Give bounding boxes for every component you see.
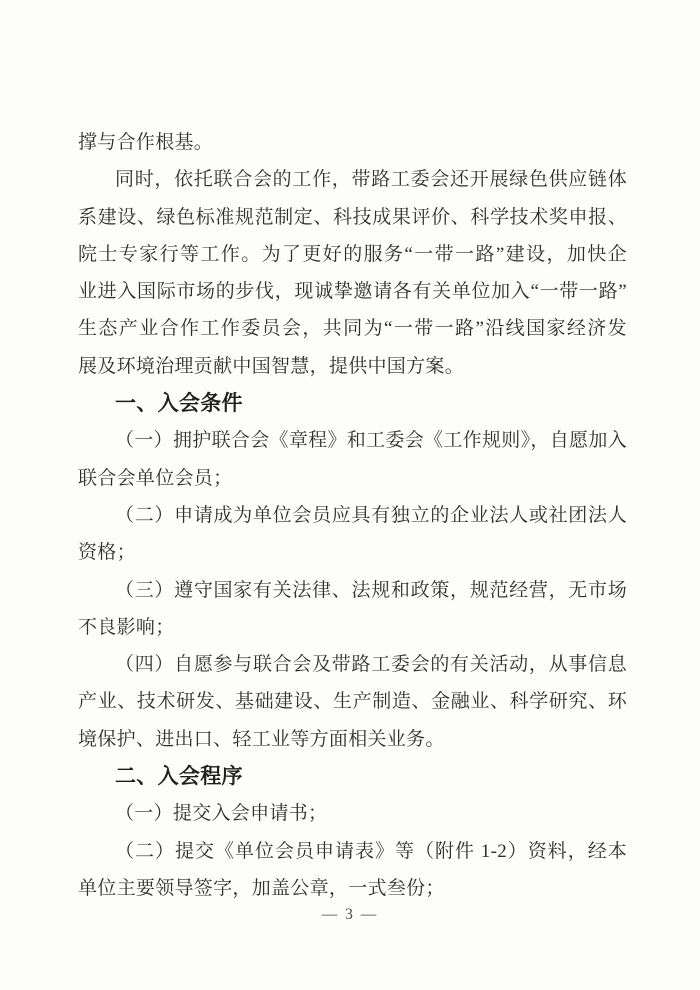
text-line: 产业、技术研发、基础建设、生产制造、金融业、科学研究、环 [78,683,627,720]
text-line: 同时，依托联合会的工作，带路工委会还开展绿色供应链体 [78,161,627,198]
text-line: 生态产业合作工作委员会，共同为“一带一路”沿线国家经济发 [78,310,627,347]
page-number: — 3 — [0,902,700,928]
text-line: 资格； [78,534,627,571]
document-page: 撑与合作根基。同时，依托联合会的工作，带路工委会还开展绿色供应链体系建设、绿色标… [0,0,700,990]
text-line: 展及环境治理贡献中国智慧，提供中国方案。 [78,348,627,385]
text-line: 院士专家行等工作。为了更好的服务“一带一路”建设，加快企 [78,236,627,273]
text-line: 不良影响； [78,609,627,646]
text-line: 系建设、绿色标准规范制定、科技成果评价、科学技术奖申报、 [78,199,627,236]
text-line: （四）自愿参与联合会及带路工委会的有关活动，从事信息 [78,646,627,683]
text-line: 撑与合作根基。 [78,124,627,161]
text-line: （二）申请成为单位会员应具有独立的企业法人或社团法人 [78,497,627,534]
text-line: 境保护、进出口、轻工业等方面相关业务。 [78,721,627,758]
text-line: （一）拥护联合会《章程》和工委会《工作规则》，自愿加入 [78,422,627,459]
text-line: （一）提交入会申请书； [78,795,627,832]
section-heading: 二、入会程序 [78,758,627,795]
document-body: 撑与合作根基。同时，依托联合会的工作，带路工委会还开展绿色供应链体系建设、绿色标… [78,124,627,907]
text-line: （二）提交《单位会员申请表》等（附件 1-2）资料，经本 [78,833,627,870]
text-line: 业进入国际市场的步伐，现诚挚邀请各有关单位加入“一带一路” [78,273,627,310]
section-heading: 一、入会条件 [78,385,627,422]
text-line: 联合会单位会员； [78,460,627,497]
text-line: （三）遵守国家有关法律、法规和政策，规范经营，无市场 [78,572,627,609]
